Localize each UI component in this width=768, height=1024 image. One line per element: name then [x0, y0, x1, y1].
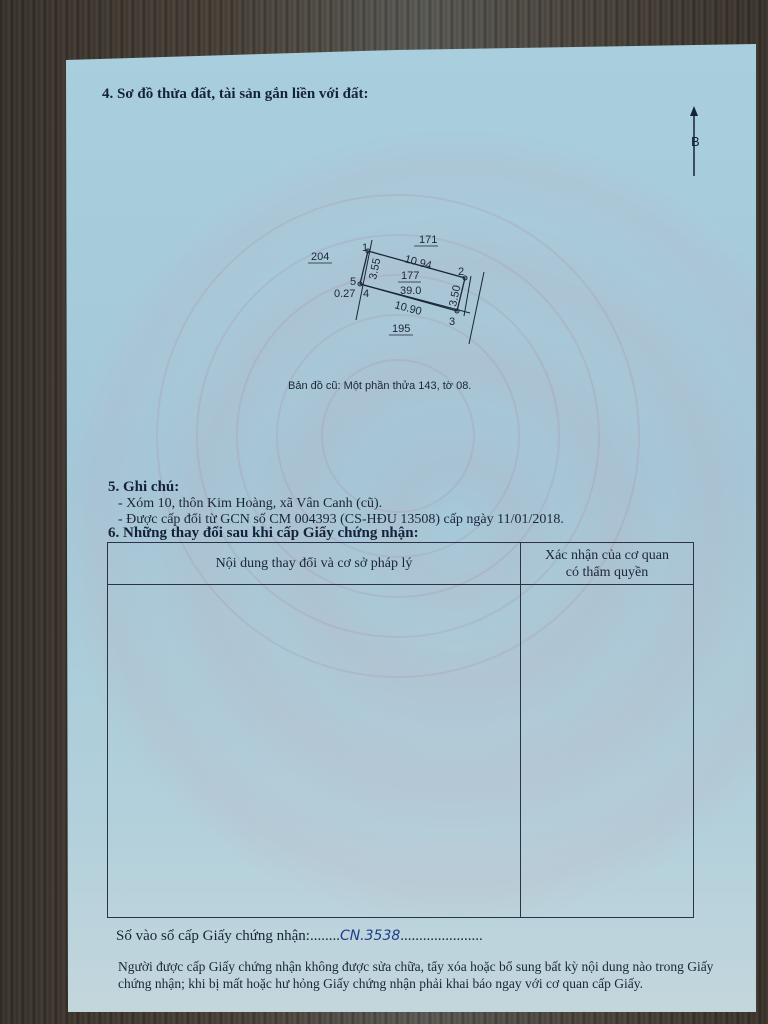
header-change-content-label: Nội dung thay đổi và cơ sở pháp lý	[216, 556, 413, 572]
section-4-heading: 4. Sơ đồ thửa đất, tài sản gắn liền với …	[102, 86, 369, 103]
neighbor-204: 204	[311, 251, 329, 263]
edge-right-length: 3.50	[447, 284, 463, 307]
change-content-cell	[108, 585, 521, 917]
point-5: 5	[350, 276, 356, 288]
parcel-area: 39.0	[400, 285, 421, 297]
legal-warning: Người được cấp Giấy chứng nhận không đượ…	[118, 958, 738, 992]
header-change-content: Nội dung thay đổi và cơ sở pháp lý	[108, 543, 521, 585]
registry-dots-after: ......................	[400, 928, 483, 944]
parcel-number: 177	[401, 270, 419, 282]
registry-number-value: CN.3538	[340, 928, 400, 944]
point-1: 1	[362, 242, 368, 254]
section-5-heading: 5. Ghi chú:	[108, 479, 179, 496]
authority-confirmation-cell	[521, 585, 693, 917]
point-2: 2	[458, 266, 464, 278]
header-authority-line1: Xác nhận của cơ quan	[545, 547, 669, 564]
registry-dots-before: ........	[310, 928, 340, 944]
point-3: 3	[449, 316, 455, 328]
north-label: B	[691, 134, 700, 149]
header-authority-line2: có thẩm quyền	[566, 564, 648, 581]
neighbor-171: 171	[419, 234, 437, 246]
neighbor-195: 195	[392, 323, 410, 335]
old-map-note: Bản đồ cũ: Một phần thửa 143, tờ 08.	[288, 380, 471, 392]
header-authority-confirmation: Xác nhận của cơ quan có thẩm quyền	[521, 543, 693, 585]
registry-label: Số vào sổ cấp Giấy chứng nhận:	[116, 928, 310, 944]
edge-left-length: 3.55	[367, 257, 383, 280]
certificate-page: 4. Sơ đồ thửa đất, tài sản gắn liền với …	[66, 44, 756, 1012]
changes-table: Nội dung thay đổi và cơ sở pháp lý Xác n…	[107, 542, 694, 918]
registry-number-line: Số vào sổ cấp Giấy chứng nhận:........CN…	[116, 928, 483, 945]
edge-short-length: 0.27	[334, 288, 355, 300]
land-plot-diagram: 171 204 195 1 2 3 4 5 177 39.0 10.94 10.…	[296, 224, 506, 354]
note-address: - Xóm 10, thôn Kim Hoàng, xã Vân Canh (c…	[118, 496, 382, 512]
point-4: 4	[363, 288, 369, 300]
section-6-heading: 6. Những thay đổi sau khi cấp Giấy chứng…	[108, 525, 419, 542]
edge-bottom-length: 10.90	[393, 299, 423, 318]
